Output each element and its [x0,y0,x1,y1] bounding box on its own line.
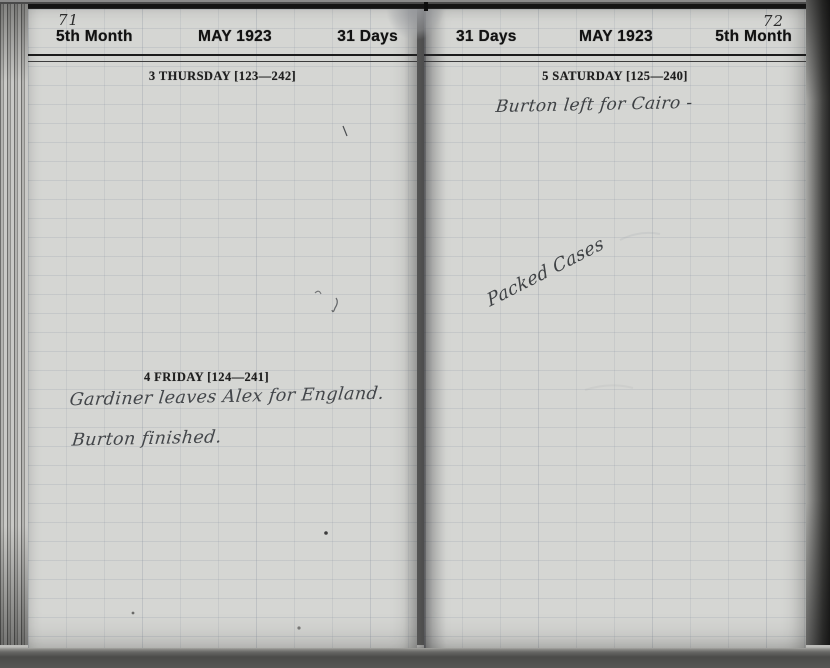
book-top-edge [0,0,830,9]
day-heading-saturday: 5 SATURDAY [125—240] [424,69,806,84]
scanned-diary-spread: 71 5th Month MAY 1923 31 Days 3 THURSDAY… [0,0,830,668]
handwritten-entry-burton-cairo: Burton left for Cairo - [495,93,694,117]
diary-page-right: 72 31 Days MAY 1923 5th Month 5 SATURDAY… [424,9,806,648]
month-days-label: 31 Days [337,28,398,46]
binding-notch-mark [424,2,428,11]
handwritten-entry-burton-finished: Burton finished. [71,427,223,450]
diary-page-left: 71 5th Month MAY 1923 31 Days 3 THURSDAY… [28,9,417,648]
month-header-left: 5th Month MAY 1923 31 Days [56,28,398,46]
handwritten-entry-gardiner: Gardiner leaves Alex for England. [69,384,386,411]
day-heading-thursday: 3 THURSDAY [123—242] [28,69,417,84]
book-left-page-stack-edge [0,4,28,656]
month-title-label: MAY 1923 [198,28,272,46]
header-rule [28,54,417,62]
month-header-right: 31 Days MAY 1923 5th Month [456,28,792,46]
month-ordinal-label: 5th Month [56,28,133,46]
book-bottom-edge [0,645,830,668]
month-title-label: MAY 1923 [579,28,653,46]
month-days-label: 31 Days [456,28,517,46]
month-ordinal-label: 5th Month [715,28,792,46]
day-heading-friday: 4 FRIDAY [124—241] [12,370,401,385]
header-rule [424,54,806,62]
book-right-page-stack-edge [806,0,830,668]
handwritten-diagonal-note: Packed Cases [485,233,607,312]
page-number-left: 71 [58,11,79,29]
